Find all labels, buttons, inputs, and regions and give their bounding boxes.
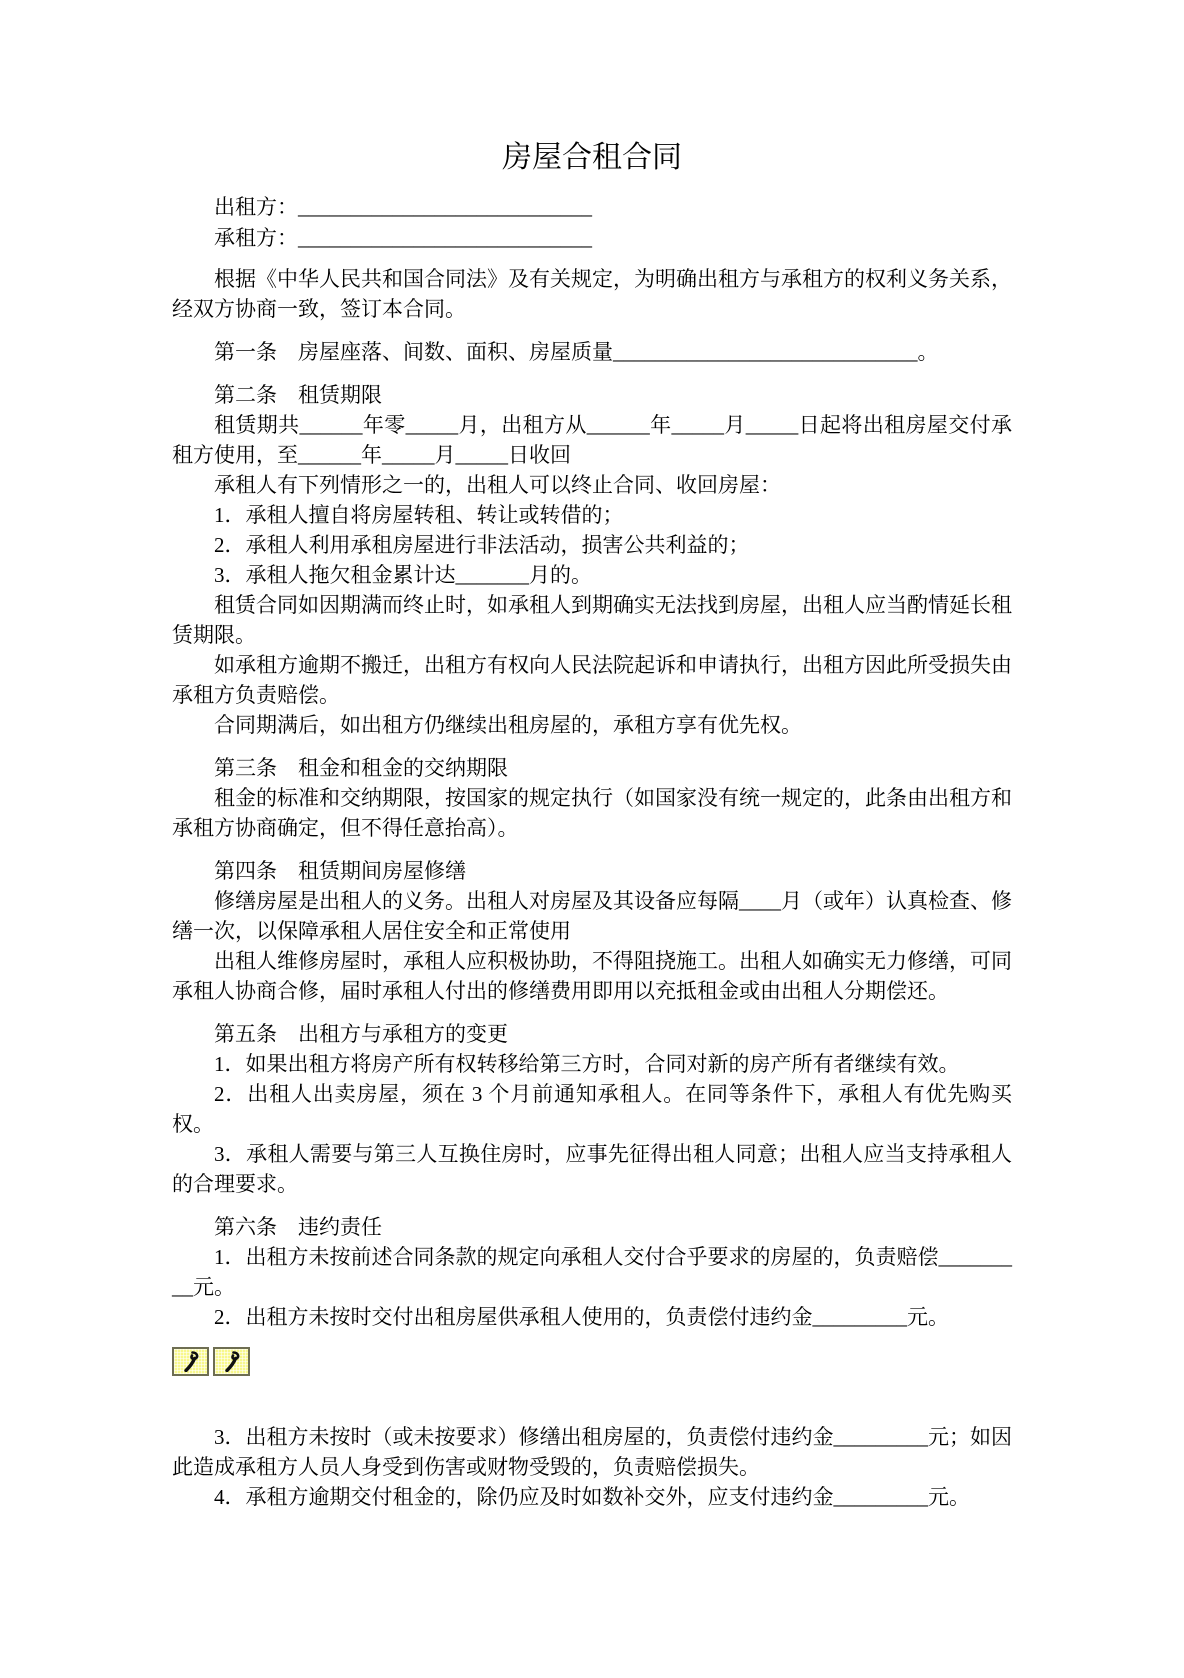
embedded-object-scroll-icon[interactable] — [213, 1347, 250, 1376]
termination-item-1: 1．承租人擅自将房屋转租、转让或转借的； — [172, 500, 1012, 530]
article-4-paragraph-2: 出租人维修房屋时，承租人应积极协助，不得阻挠施工。出租人如确实无力修缮，可同承租… — [172, 946, 1012, 1006]
article-6-item-2: 2．出租方未按时交付出租房屋供承租人使用的，负责偿付违约金_________元。 — [172, 1302, 1012, 1332]
article-6-item-1: 1．出租方未按前述合同条款的规定向承租人交付合乎要求的房屋的，负责赔偿_____… — [172, 1242, 1012, 1302]
lessor-line: 出租方：____________________________ — [172, 192, 1012, 223]
priority-right-paragraph: 合同期满后，如出租方仍继续出租房屋的，承租方享有优先权。 — [172, 710, 1012, 740]
term-extension-paragraph: 租赁合同如因期满而终止时，如承租人到期确实无法找到房屋，出租人应当酌情延长租赁期… — [172, 590, 1012, 650]
article-3-heading: 第三条 租金和租金的交纳期限 — [172, 753, 1012, 783]
article-4-heading: 第四条 租赁期间房屋修缮 — [172, 856, 1012, 886]
article-5-heading: 第五条 出租方与承租方的变更 — [172, 1019, 1012, 1049]
document-title: 房屋合租合同 — [172, 140, 1012, 176]
article-2-heading: 第二条 租赁期限 — [172, 380, 1012, 410]
termination-item-2: 2．承租人利用承租房屋进行非法活动，损害公共利益的； — [172, 530, 1012, 560]
article-4-paragraph-1: 修缮房屋是出租人的义务。出租人对房屋及其设备应每隔____月（或年）认真检查、修… — [172, 886, 1012, 946]
article-5-item-3: 3．承租人需要与第三人互换住房时，应事先征得出租人同意；出租人应当支持承租人的合… — [172, 1139, 1012, 1199]
page-break-object-markers — [172, 1347, 1012, 1376]
article-1-heading: 第一条 房屋座落、间数、面积、房屋质量_____________________… — [172, 337, 1012, 367]
preamble-paragraph: 根据《中华人民共和国合同法》及有关规定，为明确出租方与承租方的权利义务关系，经双… — [172, 264, 1012, 324]
article-6-item-3: 3．出租方未按时（或未按要求）修缮出租房屋的，负责偿付违约金_________元… — [172, 1422, 1012, 1482]
article-3-paragraph: 租金的标准和交纳期限，按国家的规定执行（如国家没有统一规定的，此条由出租方和承租… — [172, 783, 1012, 843]
contract-page: 房屋合租合同 出租方：____________________________ … — [0, 0, 1184, 1678]
lessee-line: 承租方：____________________________ — [172, 223, 1012, 254]
article-5-item-2: 2．出租人出卖房屋，须在 3 个月前通知承租人。在同等条件下，承租人有优先购买权… — [172, 1079, 1012, 1139]
article-2-term-paragraph: 租赁期共______年零_____月，出租方从______年_____月____… — [172, 410, 1012, 470]
article-6-item-4: 4．承租方逾期交付租金的，除仍应及时如数补交外，应支付违约金_________元… — [172, 1482, 1012, 1512]
termination-item-3: 3．承租人拖欠租金累计达_______月的。 — [172, 560, 1012, 590]
embedded-object-scroll-icon[interactable] — [172, 1347, 209, 1376]
article-6-heading: 第六条 违约责任 — [172, 1212, 1012, 1242]
overdue-move-paragraph: 如承租方逾期不搬迁，出租方有权向人民法院起诉和申请执行，出租方因此所受损失由承租… — [172, 650, 1012, 710]
article-5-item-1: 1．如果出租方将房产所有权转移给第三方时，合同对新的房产所有者继续有效。 — [172, 1049, 1012, 1079]
article-2-termination-intro: 承租人有下列情形之一的，出租人可以终止合同、收回房屋： — [172, 470, 1012, 500]
